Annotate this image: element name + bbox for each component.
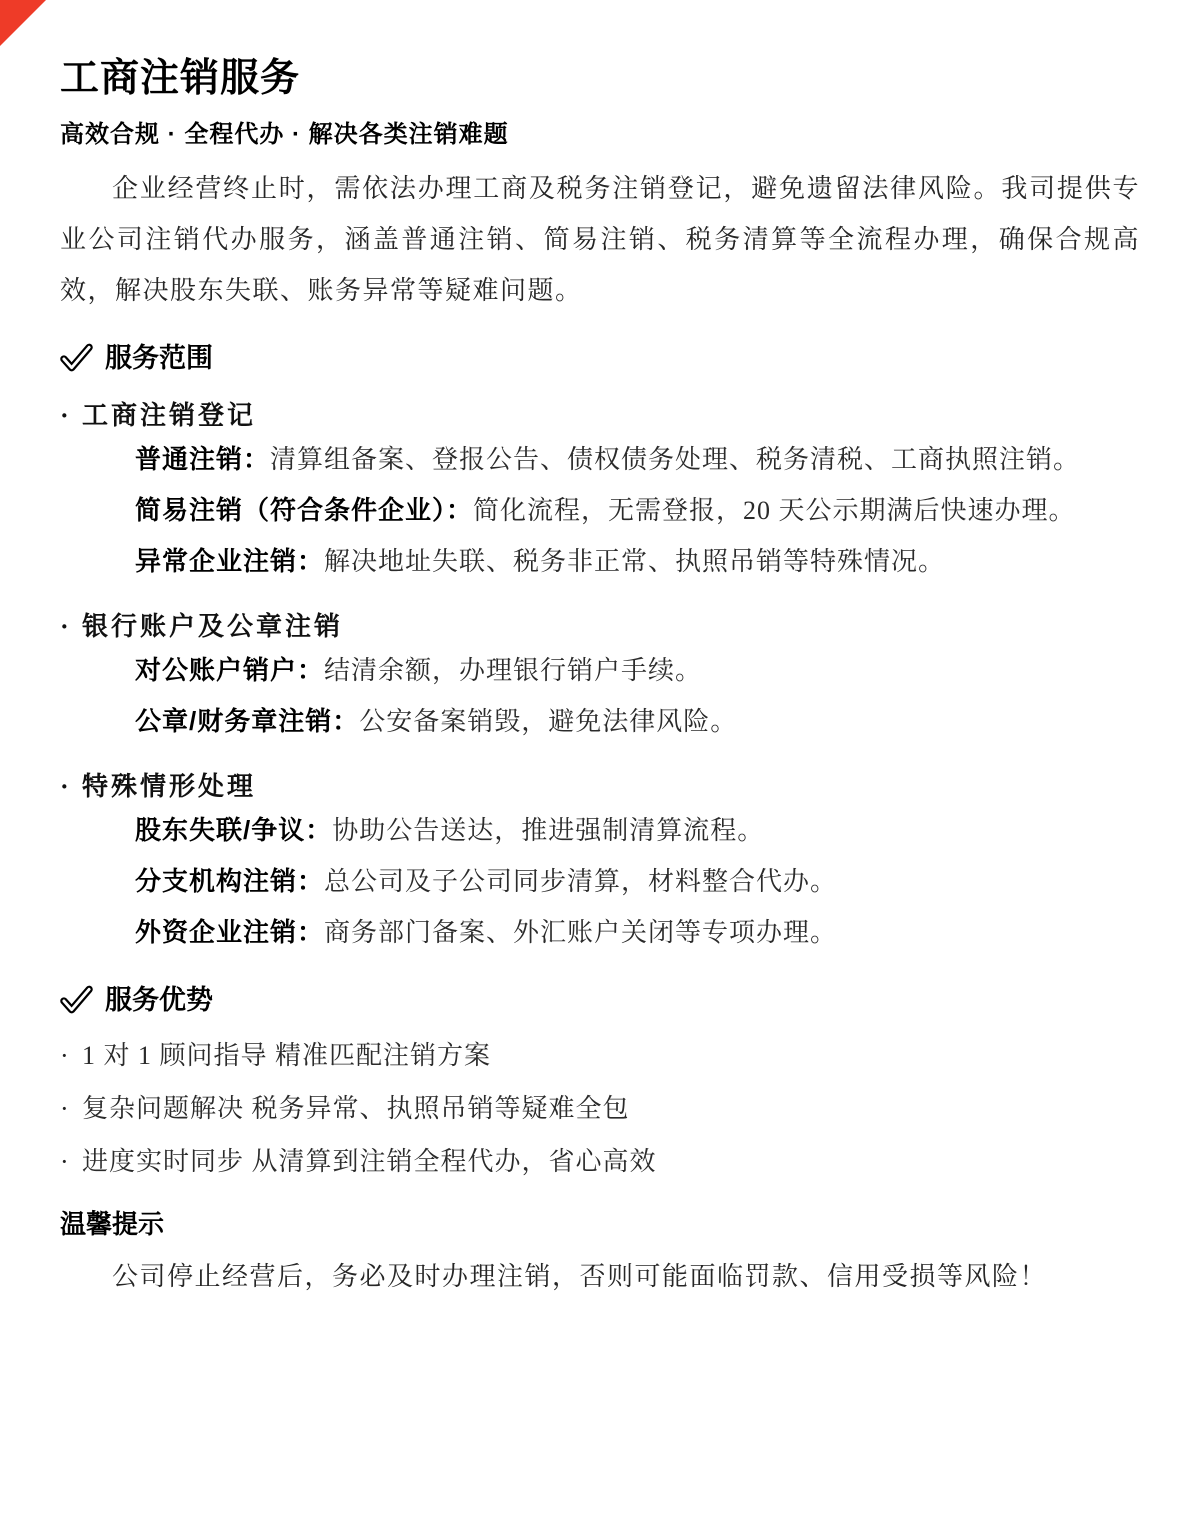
scope-group-bank-seal: ·银行账户及公章注销 对公账户销户：结清余额，办理银行销户手续。 公章/财务章注… <box>60 609 1140 747</box>
item-desc: 结清余额，办理银行销户手续。 <box>324 656 702 685</box>
list-item: ·进度实时同步 从清算到注销全程代办，省心高效 <box>60 1147 1140 1177</box>
bullet-dot: · <box>60 769 82 805</box>
tips-content: 公司停止经营后，务必及时办理注销，否则可能面临罚款、信用受损等风险！ <box>60 1257 1140 1297</box>
bullet-dot: · <box>60 1041 82 1071</box>
bullet-dot: · <box>60 1147 82 1177</box>
intro-paragraph: 企业经营终止时，需依法办理工商及税务注销登记，避免遗留法律风险。我司提供专业公司… <box>60 163 1140 316</box>
item-label: 异常企业注销： <box>135 546 324 576</box>
list-item: 对公账户销户：结清余额，办理银行销户手续。 <box>60 645 1140 696</box>
item-label: 分支机构注销： <box>135 866 324 896</box>
item-label: 外资企业注销： <box>135 917 324 947</box>
check-icon <box>60 343 93 373</box>
list-item: 普通注销：清算组备案、登报公告、债权债务处理、税务清税、工商执照注销。 <box>60 434 1140 485</box>
item-label: 简易注销（符合条件企业）： <box>135 495 473 525</box>
list-item: ·1 对 1 顾问指导 精准匹配注销方案 <box>60 1041 1140 1071</box>
section-title-scope: 服务范围 <box>105 340 213 376</box>
group-title: ·工商注销登记 <box>60 398 1140 434</box>
page-title: 工商注销服务 <box>60 56 1140 102</box>
list-item: ·复杂问题解决 税务异常、执照吊销等疑难全包 <box>60 1094 1140 1124</box>
item-label: 公章/财务章注销： <box>135 706 359 736</box>
advantage-text: 1 对 1 顾问指导 精准匹配注销方案 <box>82 1041 491 1070</box>
bullet-dot: · <box>60 398 82 434</box>
check-icon <box>60 985 93 1015</box>
bullet-dot: · <box>60 609 82 645</box>
list-item: 分支机构注销：总公司及子公司同步清算，材料整合代办。 <box>60 856 1140 907</box>
item-desc: 公安备案销毁，避免法律风险。 <box>359 707 737 736</box>
bullet-dot: · <box>60 1094 82 1124</box>
section-header-scope: 服务范围 <box>60 340 1140 376</box>
group-title: ·银行账户及公章注销 <box>60 609 1140 645</box>
list-item: 股东失联/争议：协助公告送达，推进强制清算流程。 <box>60 805 1140 856</box>
item-label: 对公账户销户： <box>135 655 324 685</box>
item-label: 普通注销： <box>135 444 270 474</box>
section-header-advantages: 服务优势 <box>60 982 1140 1018</box>
list-item: 异常企业注销：解决地址失联、税务非正常、执照吊销等特殊情况。 <box>60 536 1140 587</box>
item-desc: 解决地址失联、税务非正常、执照吊销等特殊情况。 <box>324 547 945 576</box>
document-page: 工商注销服务 高效合规 · 全程代办 · 解决各类注销难题 企业经营终止时，需依… <box>0 0 1200 1297</box>
advantages-list: ·1 对 1 顾问指导 精准匹配注销方案 ·复杂问题解决 税务异常、执照吊销等疑… <box>60 1041 1140 1177</box>
item-desc: 商务部门备案、外汇账户关闭等专项办理。 <box>324 918 837 947</box>
corner-fold-triangle <box>0 0 46 46</box>
scope-group-special-cases: ·特殊情形处理 股东失联/争议：协助公告送达，推进强制清算流程。 分支机构注销：… <box>60 769 1140 958</box>
item-label: 股东失联/争议： <box>135 815 332 845</box>
section-title-advantages: 服务优势 <box>105 982 213 1018</box>
item-desc: 简化流程，无需登报，20 天公示期满后快速办理。 <box>473 496 1076 525</box>
advantage-text: 进度实时同步 从清算到注销全程代办，省心高效 <box>82 1147 657 1176</box>
item-desc: 协助公告送达，推进强制清算流程。 <box>332 816 764 845</box>
list-item: 简易注销（符合条件企业）：简化流程，无需登报，20 天公示期满后快速办理。 <box>60 485 1140 536</box>
list-item: 外资企业注销：商务部门备案、外汇账户关闭等专项办理。 <box>60 907 1140 958</box>
page-subtitle: 高效合规 · 全程代办 · 解决各类注销难题 <box>60 120 1140 150</box>
advantage-text: 复杂问题解决 税务异常、执照吊销等疑难全包 <box>82 1094 630 1123</box>
list-item: 公章/财务章注销：公安备案销毁，避免法律风险。 <box>60 696 1140 747</box>
item-desc: 总公司及子公司同步清算，材料整合代办。 <box>324 867 837 896</box>
group-title: ·特殊情形处理 <box>60 769 1140 805</box>
scope-group-business-dereg: ·工商注销登记 普通注销：清算组备案、登报公告、债权债务处理、税务清税、工商执照… <box>60 398 1140 587</box>
item-desc: 清算组备案、登报公告、债权债务处理、税务清税、工商执照注销。 <box>270 445 1080 474</box>
tips-title: 温馨提示 <box>60 1207 1140 1241</box>
